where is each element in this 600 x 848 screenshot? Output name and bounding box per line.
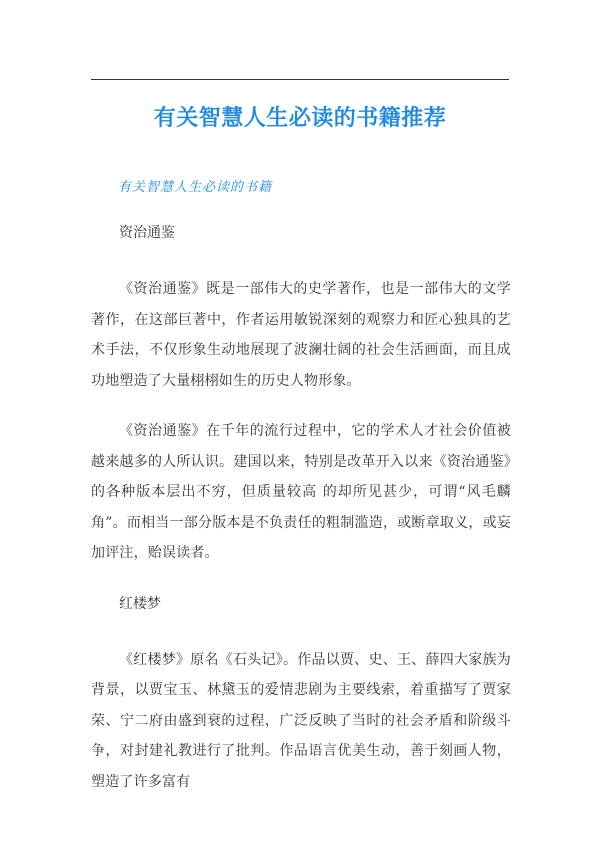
section-heading: 资治通鉴: [91, 218, 511, 248]
header-rule: [91, 79, 509, 80]
section-heading: 红楼梦: [91, 589, 511, 619]
document-body: 资治通鉴 《资治通鉴》既是一部伟大的史学著作，也是一部伟大的文学著作，在这部巨著…: [91, 218, 511, 817]
document-subtitle: 有关智慧人生必读的书籍: [118, 178, 272, 198]
section-hongloumeng: 红楼梦 《红楼梦》原名《石头记》。作品以贾、史、王、薛四大家族为背景，以贾宝玉、…: [91, 589, 511, 798]
paragraph: 《资治通鉴》既是一部伟大的史学著作，也是一部伟大的文学著作，在这部巨著中，作者运…: [91, 274, 511, 396]
paragraph: 《资治通鉴》在千年的流行过程中，它的学术人才社会价值被越来越多的人所认识。建国以…: [91, 416, 511, 569]
document-title: 有关智慧人生必读的书籍推荐: [0, 104, 600, 134]
section-zizhitongjian: 资治通鉴 《资治通鉴》既是一部伟大的史学著作，也是一部伟大的文学著作，在这部巨著…: [91, 218, 511, 569]
paragraph: 《红楼梦》原名《石头记》。作品以贾、史、王、薛四大家族为背景，以贾宝玉、林黛玉的…: [91, 645, 511, 798]
